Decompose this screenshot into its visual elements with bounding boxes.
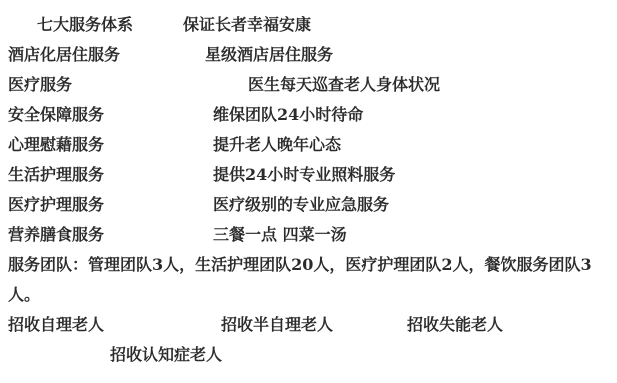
admission-item: 招收半自理老人 <box>221 315 333 335</box>
team-description-cont: 人。 <box>8 285 40 305</box>
service-name: 酒店化居住服务 <box>8 45 120 65</box>
service-name: 营养膳食服务 <box>8 225 104 245</box>
service-desc: 医疗级别的专业应急服务 <box>213 195 389 215</box>
admission-item: 招收认知症老人 <box>110 345 222 365</box>
service-desc: 星级酒店居住服务 <box>205 45 333 65</box>
header-slogan: 保证长者幸福安康 <box>183 15 311 35</box>
service-desc: 提供24小时专业照料服务 <box>213 165 395 185</box>
service-desc: 维保团队24小时待命 <box>213 105 363 125</box>
service-desc: 提升老人晚年心态 <box>213 135 341 155</box>
admission-item: 招收自理老人 <box>8 315 104 335</box>
team-description: 服务团队：管理团队3人，生活护理团队20人，医疗护理团队2人，餐饮服务团队3 <box>8 255 592 275</box>
service-name: 医疗护理服务 <box>8 195 104 215</box>
service-name: 生活护理服务 <box>8 165 104 185</box>
service-desc: 三餐一点 四菜一汤 <box>213 225 347 245</box>
service-name: 安全保障服务 <box>8 105 104 125</box>
service-name: 心理慰藉服务 <box>8 135 104 155</box>
header-title: 七大服务体系 <box>37 15 133 35</box>
admission-item: 招收失能老人 <box>407 315 503 335</box>
service-name: 医疗服务 <box>8 75 72 95</box>
service-desc: 医生每天巡查老人身体状况 <box>248 75 440 95</box>
